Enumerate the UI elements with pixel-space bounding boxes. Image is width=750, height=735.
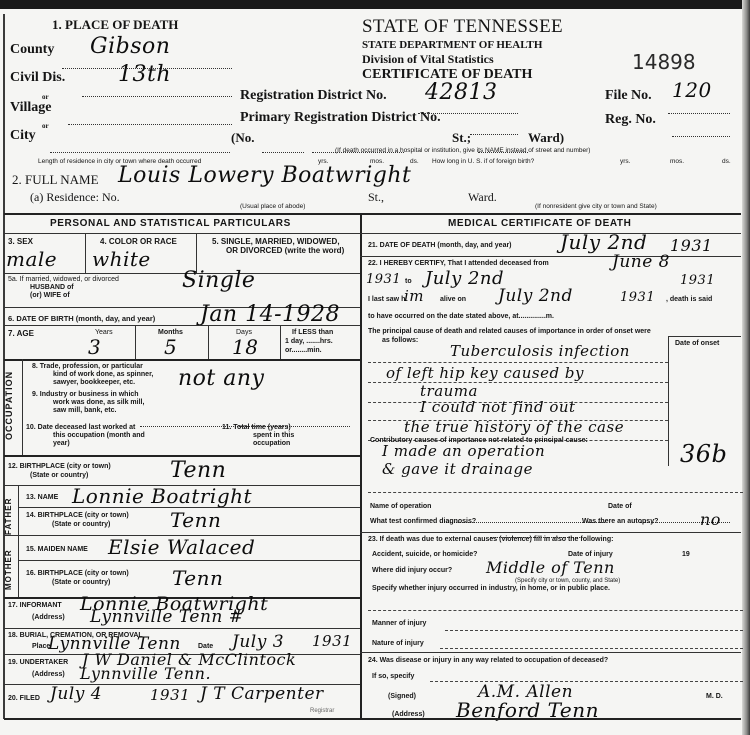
rule xyxy=(668,336,741,337)
hours-label: 1 day, .......hrs. xyxy=(285,338,333,345)
father-name-label: 13. NAME xyxy=(26,494,58,501)
rule xyxy=(22,359,23,455)
burial-date-value: July 3 xyxy=(232,632,284,652)
rule xyxy=(18,560,360,561)
signed-label: (Signed) xyxy=(388,693,416,700)
marital-value: Single xyxy=(182,268,255,293)
less-than-day-label: If LESS than xyxy=(292,329,333,336)
scan-border-top xyxy=(0,0,750,9)
personal-section-title: PERSONAL AND STATISTICAL PARTICULARS xyxy=(50,218,291,229)
rule xyxy=(208,325,209,359)
informant-label: 17. INFORMANT xyxy=(8,602,62,609)
informant-address-value: Lynnville Tenn # xyxy=(90,607,244,627)
alive-on-label: alive on xyxy=(440,296,466,303)
marital-label-2: OR DIVORCED (write the word) xyxy=(226,246,344,255)
village-label: Village xyxy=(10,100,51,116)
contributory-line: & gave it drainage xyxy=(382,460,533,478)
rule xyxy=(430,681,743,682)
attended-from-value: June 8 xyxy=(612,252,670,272)
trade-value: not any xyxy=(178,366,264,391)
file-no-value: 120 xyxy=(672,78,712,102)
scan-border-right xyxy=(742,0,750,735)
burial-date-label: Date xyxy=(198,643,213,650)
village-line xyxy=(68,124,232,125)
place-of-death-heading: 1. PLACE OF DEATH xyxy=(52,17,178,33)
filed-year-value: 1931 xyxy=(150,686,190,704)
physician-address-label: (Address) xyxy=(392,711,425,718)
residence-ward-label: Ward. xyxy=(468,190,497,205)
alive-on-value: July 2nd xyxy=(498,286,573,306)
city-no-line xyxy=(262,152,304,153)
county-value: Gibson xyxy=(90,34,170,59)
mother-birthplace-sub: (State or country) xyxy=(52,579,110,586)
principal-cause-line: I could not find out xyxy=(420,398,576,416)
division-title: Division of Vital Statistics xyxy=(362,52,494,67)
rule xyxy=(668,336,669,466)
dob-label: 6. DATE OF BIRTH (month, day, and year) xyxy=(8,314,155,323)
registrar-label: Registrar xyxy=(310,708,334,714)
last-worked-label-2: this occupation (month and xyxy=(53,432,145,439)
rule xyxy=(135,325,136,359)
date-of-death-value: July 2nd xyxy=(560,230,647,254)
undertaker-label: 19. UNDERTAKER xyxy=(8,659,68,666)
last-saw-value: im xyxy=(404,287,424,305)
civil-district-value: 13th xyxy=(118,62,171,87)
civil-district-label: Civil Dis. xyxy=(10,70,65,86)
date-of-onset-label: Date of onset xyxy=(675,340,719,347)
alive-on-year: 1931 xyxy=(620,290,655,305)
test-label: What test confirmed diagnosis? xyxy=(370,518,476,525)
rule xyxy=(360,532,741,533)
last-saw-label: I last saw h xyxy=(368,296,405,303)
accident-label: Accident, suicide, or homicide? xyxy=(372,551,477,558)
age-label: 7. AGE xyxy=(8,329,34,338)
rule xyxy=(4,628,360,629)
father-side-label: FATHER xyxy=(4,498,13,535)
civil-district-line xyxy=(82,96,232,97)
age-days-value: 18 xyxy=(232,335,258,359)
sex-value: male xyxy=(6,247,57,271)
nature-label: Nature of injury xyxy=(372,640,424,647)
state-title: STATE OF TENNESSEE xyxy=(362,16,563,38)
total-time-label-3: occupation xyxy=(253,440,290,447)
principal-cause-line: Tuberculosis infection xyxy=(450,342,630,360)
column-divider xyxy=(360,213,362,718)
wife-label: (or) WIFE of xyxy=(30,292,70,299)
rule xyxy=(4,233,360,234)
city-line xyxy=(50,152,230,153)
ward-label: Ward) xyxy=(528,130,564,146)
filed-label: 20. FILED xyxy=(8,695,40,702)
industry-label: 9. Industry or business in which xyxy=(32,391,139,398)
department-title: STATE DEPARTMENT OF HEALTH xyxy=(362,39,542,51)
cause-line xyxy=(368,382,668,383)
age-years-value: 3 xyxy=(88,335,101,359)
principal-cause-line: of left hip key caused by xyxy=(386,364,584,382)
industry-label-3: saw mill, bank, etc. xyxy=(53,407,116,414)
minutes-label: or........min. xyxy=(285,347,322,354)
informant-address-label: (Address) xyxy=(32,614,65,621)
or-label: or xyxy=(42,122,49,130)
birthplace-label: 12. BIRTHPLACE (city or town) xyxy=(8,463,111,470)
residence-label: (a) Residence: No. xyxy=(30,190,120,205)
father-birthplace-label: 14. BIRTHPLACE (city or town) xyxy=(26,512,129,519)
attended-to-value: July 2nd xyxy=(425,268,504,289)
rule xyxy=(360,718,741,720)
if-so-label: If so, specify xyxy=(372,673,414,680)
ds-label: ds. xyxy=(722,158,731,165)
where-label: Where did injury occur? xyxy=(372,567,452,574)
age-months-value: 5 xyxy=(164,335,177,359)
rule xyxy=(4,718,360,720)
rule xyxy=(368,610,743,611)
reg-no-label: Reg. No. xyxy=(605,112,656,128)
city-no-label: (No. xyxy=(231,130,254,146)
birthplace-sub-label: (State or country) xyxy=(30,472,88,479)
certify-label: 22. I HEREBY CERTIFY, That I attended de… xyxy=(368,260,549,267)
where-value: Middle of Tenn xyxy=(486,558,615,577)
full-name-value: Louis Lowery Boatwright xyxy=(118,163,411,188)
spouse-label: 5a. If married, widowed, or divorced xyxy=(8,276,119,283)
autopsy-label: Was there an autopsy? xyxy=(582,518,658,525)
mother-maiden-value: Elsie Walaced xyxy=(108,535,255,559)
md-label: M. D. xyxy=(706,693,723,700)
occurred-label: to have occurred on the date stated abov… xyxy=(368,313,554,320)
registration-district-value: 42813 xyxy=(425,80,498,105)
left-border-rule xyxy=(3,14,5,719)
attended-from-year: 1931 xyxy=(366,272,401,287)
rule xyxy=(196,233,197,273)
total-time-label: 11. Total time (years) xyxy=(222,424,291,431)
undertaker-address-value: Lynnville Tenn. xyxy=(80,664,211,683)
principal-cause-line: the true history of the case xyxy=(404,418,624,436)
trade-label-3: sawyer, bookkeeper, etc. xyxy=(53,379,135,386)
yrs-label: yrs. xyxy=(620,158,630,165)
father-birthplace-sub: (State or country) xyxy=(52,521,110,528)
file-no-label: File No. xyxy=(605,88,652,104)
primary-registration-line xyxy=(470,134,518,135)
rule xyxy=(4,359,360,361)
county-label: County xyxy=(10,42,54,58)
mother-birthplace-label: 16. BIRTHPLACE (city or town) xyxy=(26,570,129,577)
attended-to-year: 1931 xyxy=(680,273,715,288)
mother-side-label: MOTHER xyxy=(4,549,13,590)
cause-line xyxy=(368,362,668,363)
date-of-death-year: 1931 xyxy=(670,236,713,255)
principal-cause-label-2: as follows: xyxy=(382,337,418,344)
rule xyxy=(360,652,741,653)
dob-value: Jan 14-1928 xyxy=(200,302,340,327)
birthplace-value: Tenn xyxy=(170,458,226,483)
trade-label: 8. Trade, profession, or particular xyxy=(32,363,143,370)
burial-year-value: 1931 xyxy=(312,632,352,650)
cause-line xyxy=(368,492,743,493)
race-label: 4. COLOR OR RACE xyxy=(100,237,177,246)
filed-date-value: July 4 xyxy=(50,684,102,704)
father-name-value: Lonnie Boatright xyxy=(72,484,252,508)
rule xyxy=(4,455,360,457)
rule xyxy=(360,233,741,234)
nonresident-note: (If nonresident give city or town and St… xyxy=(535,203,657,210)
to-label: to xyxy=(405,278,412,285)
last-worked-label-3: year) xyxy=(53,440,70,447)
undertaker-address-label: (Address) xyxy=(32,671,65,678)
mother-birthplace-value: Tenn xyxy=(172,566,223,590)
hospital-note: (If death occurred in a hospital or inst… xyxy=(335,147,590,154)
occupation-related-label: 24. Was disease or injury in any way rel… xyxy=(368,657,608,664)
file-no-line xyxy=(668,113,730,114)
rule xyxy=(280,325,281,359)
residence-st-label: St., xyxy=(368,190,384,205)
death-certificate: 1. PLACE OF DEATH County Gibson Civil Di… xyxy=(0,0,750,735)
contributory-line: I made an operation xyxy=(382,442,545,460)
rule xyxy=(85,233,86,273)
injury-year-label: 19 xyxy=(682,551,690,558)
rule xyxy=(445,630,743,631)
medical-section-title: MEDICAL CERTIFICATE OF DEATH xyxy=(448,218,631,229)
reg-no-line xyxy=(672,136,730,137)
certificate-number-stamp: 14898 xyxy=(632,50,696,74)
external-causes-label: 23. If death was due to external causes … xyxy=(368,536,613,543)
operation-label: Name of operation xyxy=(370,503,431,510)
foreign-birth-label: How long in U. S. if of foreign birth? xyxy=(432,158,534,165)
street-label: St.; xyxy=(452,130,471,146)
last-worked-label: 10. Date deceased last worked at xyxy=(26,424,135,431)
rule xyxy=(360,256,741,257)
rule xyxy=(18,485,19,597)
registrar-value: J T Carpenter xyxy=(200,684,324,704)
trade-label-2: kind of work done, as spinner, xyxy=(53,371,153,378)
registration-district-label: Registration District No. xyxy=(240,88,387,104)
total-time-label-2: spent in this xyxy=(253,432,294,439)
father-birthplace-value: Tenn xyxy=(170,508,221,532)
marital-label: 5. SINGLE, MARRIED, WIDOWED, xyxy=(212,237,340,246)
city-label: City xyxy=(10,128,36,144)
race-value: white xyxy=(92,247,151,271)
rule xyxy=(440,648,743,649)
mos-label: mos. xyxy=(670,158,684,165)
occupation-side-label: OCCUPATION xyxy=(4,371,14,440)
onset-value: 36b xyxy=(680,440,727,468)
injury-date-label: Date of injury xyxy=(568,551,613,558)
husband-label: HUSBAND of xyxy=(30,284,74,291)
rule xyxy=(4,325,360,326)
operation-date-label: Date of xyxy=(608,503,632,510)
date-of-death-label: 21. DATE OF DEATH (month, day, and year) xyxy=(368,242,512,249)
usual-abode-note: (Usual place of abode) xyxy=(240,203,305,210)
sex-label: 3. SEX xyxy=(8,237,33,246)
death-said-label: , death is said xyxy=(666,296,712,303)
principal-cause-label: The principal cause of death and related… xyxy=(368,328,651,335)
primary-registration-label: Primary Registration District No. xyxy=(240,110,441,126)
full-name-label: 2. FULL NAME xyxy=(12,172,99,188)
specify-place-label: Specify whether injury occurred in indus… xyxy=(372,585,610,592)
where-note: (Specify city or town, county, and State… xyxy=(515,578,620,584)
manner-label: Manner of injury xyxy=(372,620,426,627)
industry-label-2: work was done, as silk mill, xyxy=(53,399,144,406)
mother-maiden-label: 15. MAIDEN NAME xyxy=(26,546,88,553)
section-divider xyxy=(4,213,741,215)
autopsy-value: no xyxy=(700,510,721,529)
